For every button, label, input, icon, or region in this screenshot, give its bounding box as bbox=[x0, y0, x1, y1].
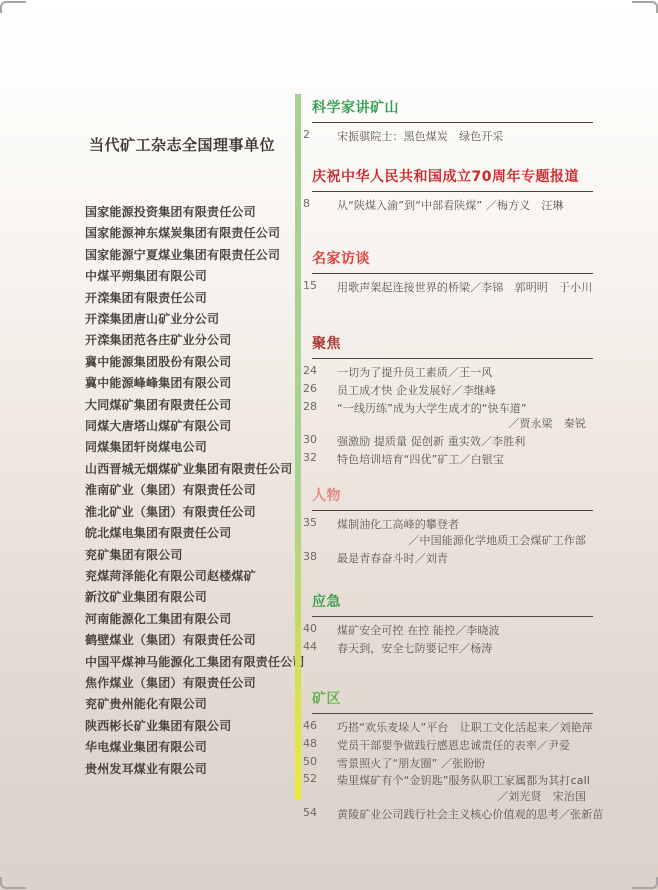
toc-section: 聚焦24一切为了提升员工素质／王一风26员工成才快 企业发展好／李继峰28“一线… bbox=[303, 336, 594, 468]
section-title: 聚焦 bbox=[312, 336, 594, 353]
article-title: “一线历练”成为大学生成才的“快车道” bbox=[337, 402, 527, 415]
company-item: 开滦集团范各庄矿业分公司 bbox=[85, 330, 294, 351]
company-list: 国家能源投资集团有限责任公司国家能源神东煤炭集团有限责任公司国家能源宁夏煤业集团… bbox=[70, 202, 294, 780]
page-number: 50 bbox=[303, 754, 337, 770]
toc-item: 30强激励 提质量 促创新 重实效／李胜利 bbox=[303, 432, 594, 450]
page-number: 8 bbox=[303, 196, 337, 212]
page-number: 15 bbox=[303, 278, 337, 294]
section-items: 15用歌声架起连接世界的桥梁／李锦 郭明明 于小川 bbox=[303, 278, 594, 296]
article-title: 煤矿安全可控 在控 能控／李晓波 bbox=[337, 624, 500, 637]
article-title: 从“陕煤入渝”到“中部看陕煤” ／梅方义 汪琳 bbox=[337, 199, 564, 212]
page-number: 28 bbox=[303, 399, 337, 415]
page-number: 30 bbox=[303, 432, 337, 448]
section-title: 应急 bbox=[312, 594, 594, 611]
company-item: 兖矿贵州能化有限公司 bbox=[85, 694, 294, 715]
section-title: 庆祝中华人民共和国成立70周年专题报道 bbox=[312, 169, 594, 186]
article-title: 最是青春奋斗时／刘青 bbox=[337, 552, 448, 565]
company-item: 大同煤矿集团有限责任公司 bbox=[85, 395, 294, 416]
toc-item: 46巧搭“欢乐麦垛人”平台 让职工文化活起来／刘艳萍 bbox=[303, 718, 594, 736]
page-number: 35 bbox=[303, 515, 337, 531]
article-title: 柴里煤矿有个“金钥匙”服务队职工家属都为其打call bbox=[337, 774, 590, 787]
article-authors: ／中国能源化学地质工会煤矿工作部 bbox=[303, 533, 594, 549]
section-rule bbox=[312, 273, 593, 274]
section-title: 人物 bbox=[312, 488, 594, 505]
article-authors: ／刘光贤 宋治国 bbox=[303, 789, 594, 805]
company-item: 新汶矿业集团有限公司 bbox=[85, 587, 294, 608]
toc-item: 50雪景照火了“朋友圈” ／张盼盼 bbox=[303, 754, 594, 772]
divider-bar bbox=[295, 94, 301, 800]
article-title: 煤制油化工高峰的攀登者 bbox=[337, 518, 459, 531]
page-number: 44 bbox=[303, 639, 337, 655]
company-item: 开滦集团有限责任公司 bbox=[85, 288, 294, 309]
article-title: 雪景照火了“朋友圈” ／张盼盼 bbox=[337, 757, 485, 770]
toc-section: 科学家讲矿山2宋振骐院士：黑色煤炭 绿色开采 bbox=[303, 100, 594, 145]
page-number: 40 bbox=[303, 621, 337, 637]
section-rule bbox=[312, 358, 593, 359]
page-number: 54 bbox=[303, 805, 337, 821]
page-corner-bottom-right bbox=[632, 877, 658, 889]
section-title: 科学家讲矿山 bbox=[312, 100, 594, 117]
toc-section: 庆祝中华人民共和国成立70周年专题报道8从“陕煤入渝”到“中部看陕煤” ／梅方义… bbox=[303, 169, 594, 214]
toc-item: 32特色培训培育“四优”矿工／白银宝 bbox=[303, 450, 594, 468]
toc-section: 矿区46巧搭“欢乐麦垛人”平台 让职工文化活起来／刘艳萍48党员干部要争做践行感… bbox=[303, 691, 594, 823]
company-item: 国家能源宁夏煤业集团有限责任公司 bbox=[85, 245, 294, 266]
company-item: 开滦集团唐山矿业分公司 bbox=[85, 309, 294, 330]
toc-item: 44春天到，安全七防要记牢／杨涛 bbox=[303, 639, 594, 657]
article-title: 强激励 提质量 促创新 重实效／李胜利 bbox=[337, 435, 525, 448]
toc-section: 应急40煤矿安全可控 在控 能控／李晓波44春天到，安全七防要记牢／杨涛 bbox=[303, 594, 594, 657]
company-item: 中煤平朔集团有限公司 bbox=[85, 266, 294, 287]
section-rule bbox=[312, 122, 593, 123]
section-items: 35煤制油化工高峰的攀登者／中国能源化学地质工会煤矿工作部38最是青春奋斗时／刘… bbox=[303, 515, 594, 566]
page-number: 46 bbox=[303, 718, 337, 734]
section-title: 名家访谈 bbox=[312, 251, 594, 268]
company-item: 兖矿集团有限公司 bbox=[85, 545, 294, 566]
company-item: 皖北煤电集团有限责任公司 bbox=[85, 523, 294, 544]
page-number: 24 bbox=[303, 363, 337, 379]
company-item: 国家能源投资集团有限责任公司 bbox=[85, 202, 294, 223]
toc-item: 28“一线历练”成为大学生成才的“快车道” bbox=[303, 399, 594, 417]
toc-item: 2宋振骐院士：黑色煤炭 绿色开采 bbox=[303, 127, 594, 145]
company-item: 冀中能源峰峰集团有限公司 bbox=[85, 373, 294, 394]
toc-item: 38最是青春奋斗时／刘青 bbox=[303, 549, 594, 567]
page-number: 48 bbox=[303, 736, 337, 752]
section-title: 矿区 bbox=[312, 691, 594, 708]
section-items: 24一切为了提升员工素质／王一风26员工成才快 企业发展好／李继峰28“一线历练… bbox=[303, 363, 594, 468]
section-items: 8从“陕煤入渝”到“中部看陕煤” ／梅方义 汪琳 bbox=[303, 196, 594, 214]
company-item: 鹤壁煤业（集团）有限责任公司 bbox=[85, 630, 294, 651]
page-number: 32 bbox=[303, 450, 337, 466]
page-corner-top-right bbox=[632, 1, 658, 13]
section-items: 2宋振骐院士：黑色煤炭 绿色开采 bbox=[303, 127, 594, 145]
article-title: 用歌声架起连接世界的桥梁／李锦 郭明明 于小川 bbox=[337, 281, 592, 294]
company-item: 淮北矿业（集团）有限责任公司 bbox=[85, 502, 294, 523]
toc-item: 8从“陕煤入渝”到“中部看陕煤” ／梅方义 汪琳 bbox=[303, 196, 594, 214]
toc-section: 名家访谈15用歌声架起连接世界的桥梁／李锦 郭明明 于小川 bbox=[303, 251, 594, 296]
page-number: 2 bbox=[303, 127, 337, 143]
company-item: 同煤集团轩岗煤电公司 bbox=[85, 437, 294, 458]
company-item: 焦作煤业（集团）有限责任公司 bbox=[85, 673, 294, 694]
toc-item: 24一切为了提升员工素质／王一风 bbox=[303, 363, 594, 381]
article-title: 黄陵矿业公司践行社会主义核心价值观的思考／张新苗 bbox=[337, 808, 603, 821]
page-number: 52 bbox=[303, 771, 337, 787]
toc-item: 15用歌声架起连接世界的桥梁／李锦 郭明明 于小川 bbox=[303, 278, 594, 296]
article-title: 宋振骐院士：黑色煤炭 绿色开采 bbox=[337, 130, 504, 143]
toc-item: 54黄陵矿业公司践行社会主义核心价值观的思考／张新苗 bbox=[303, 805, 594, 823]
company-item: 河南能源化工集团有限公司 bbox=[85, 609, 294, 630]
section-rule bbox=[312, 510, 593, 511]
council-title: 当代矿工杂志全国理事单位 bbox=[70, 137, 294, 154]
council-panel: 当代矿工杂志全国理事单位 国家能源投资集团有限责任公司国家能源神东煤炭集团有限责… bbox=[70, 137, 294, 780]
toc-item: 35煤制油化工高峰的攀登者 bbox=[303, 515, 594, 533]
section-rule bbox=[312, 713, 593, 714]
article-authors: ／贾永梁 秦锐 bbox=[303, 416, 594, 432]
article-title: 巧搭“欢乐麦垛人”平台 让职工文化活起来／刘艳萍 bbox=[337, 721, 593, 734]
page-number: 26 bbox=[303, 381, 337, 397]
article-title: 党员干部要争做践行感恩忠诚责任的表率／尹爱 bbox=[337, 739, 570, 752]
article-title: 春天到，安全七防要记牢／杨涛 bbox=[337, 642, 492, 655]
company-item: 山西晋城无烟煤矿业集团有限责任公司 bbox=[85, 459, 294, 480]
section-rule bbox=[312, 616, 593, 617]
company-item: 中国平煤神马能源化工集团有限责任公司 bbox=[85, 652, 294, 673]
toc-item: 48党员干部要争做践行感恩忠诚责任的表率／尹爱 bbox=[303, 736, 594, 754]
company-item: 同煤大唐塔山煤矿有限公司 bbox=[85, 416, 294, 437]
section-rule bbox=[312, 191, 593, 192]
toc-section: 人物35煤制油化工高峰的攀登者／中国能源化学地质工会煤矿工作部38最是青春奋斗时… bbox=[303, 488, 594, 566]
company-item: 贵州发耳煤业有限公司 bbox=[85, 759, 294, 780]
company-item: 国家能源神东煤炭集团有限责任公司 bbox=[85, 223, 294, 244]
toc-item: 26员工成才快 企业发展好／李继峰 bbox=[303, 381, 594, 399]
company-item: 陕西彬长矿业集团有限公司 bbox=[85, 716, 294, 737]
article-title: 一切为了提升员工素质／王一风 bbox=[337, 366, 492, 379]
page-corner-bottom-left bbox=[0, 877, 26, 889]
toc-item: 52柴里煤矿有个“金钥匙”服务队职工家属都为其打call bbox=[303, 771, 594, 789]
page-number: 38 bbox=[303, 549, 337, 565]
article-title: 员工成才快 企业发展好／李继峰 bbox=[337, 384, 496, 397]
company-item: 兖煤菏泽能化有限公司赵楼煤矿 bbox=[85, 566, 294, 587]
page-corner-top-left bbox=[0, 1, 26, 13]
company-item: 冀中能源集团股份有限公司 bbox=[85, 352, 294, 373]
toc-panel: 科学家讲矿山2宋振骐院士：黑色煤炭 绿色开采庆祝中华人民共和国成立70周年专题报… bbox=[303, 0, 603, 890]
toc-item: 40煤矿安全可控 在控 能控／李晓波 bbox=[303, 621, 594, 639]
company-item: 淮南矿业（集团）有限责任公司 bbox=[85, 480, 294, 501]
company-item: 华电煤业集团有限公司 bbox=[85, 737, 294, 758]
section-items: 46巧搭“欢乐麦垛人”平台 让职工文化活起来／刘艳萍48党员干部要争做践行感恩忠… bbox=[303, 718, 594, 823]
section-items: 40煤矿安全可控 在控 能控／李晓波44春天到，安全七防要记牢／杨涛 bbox=[303, 621, 594, 657]
article-title: 特色培训培育“四优”矿工／白银宝 bbox=[337, 453, 504, 466]
